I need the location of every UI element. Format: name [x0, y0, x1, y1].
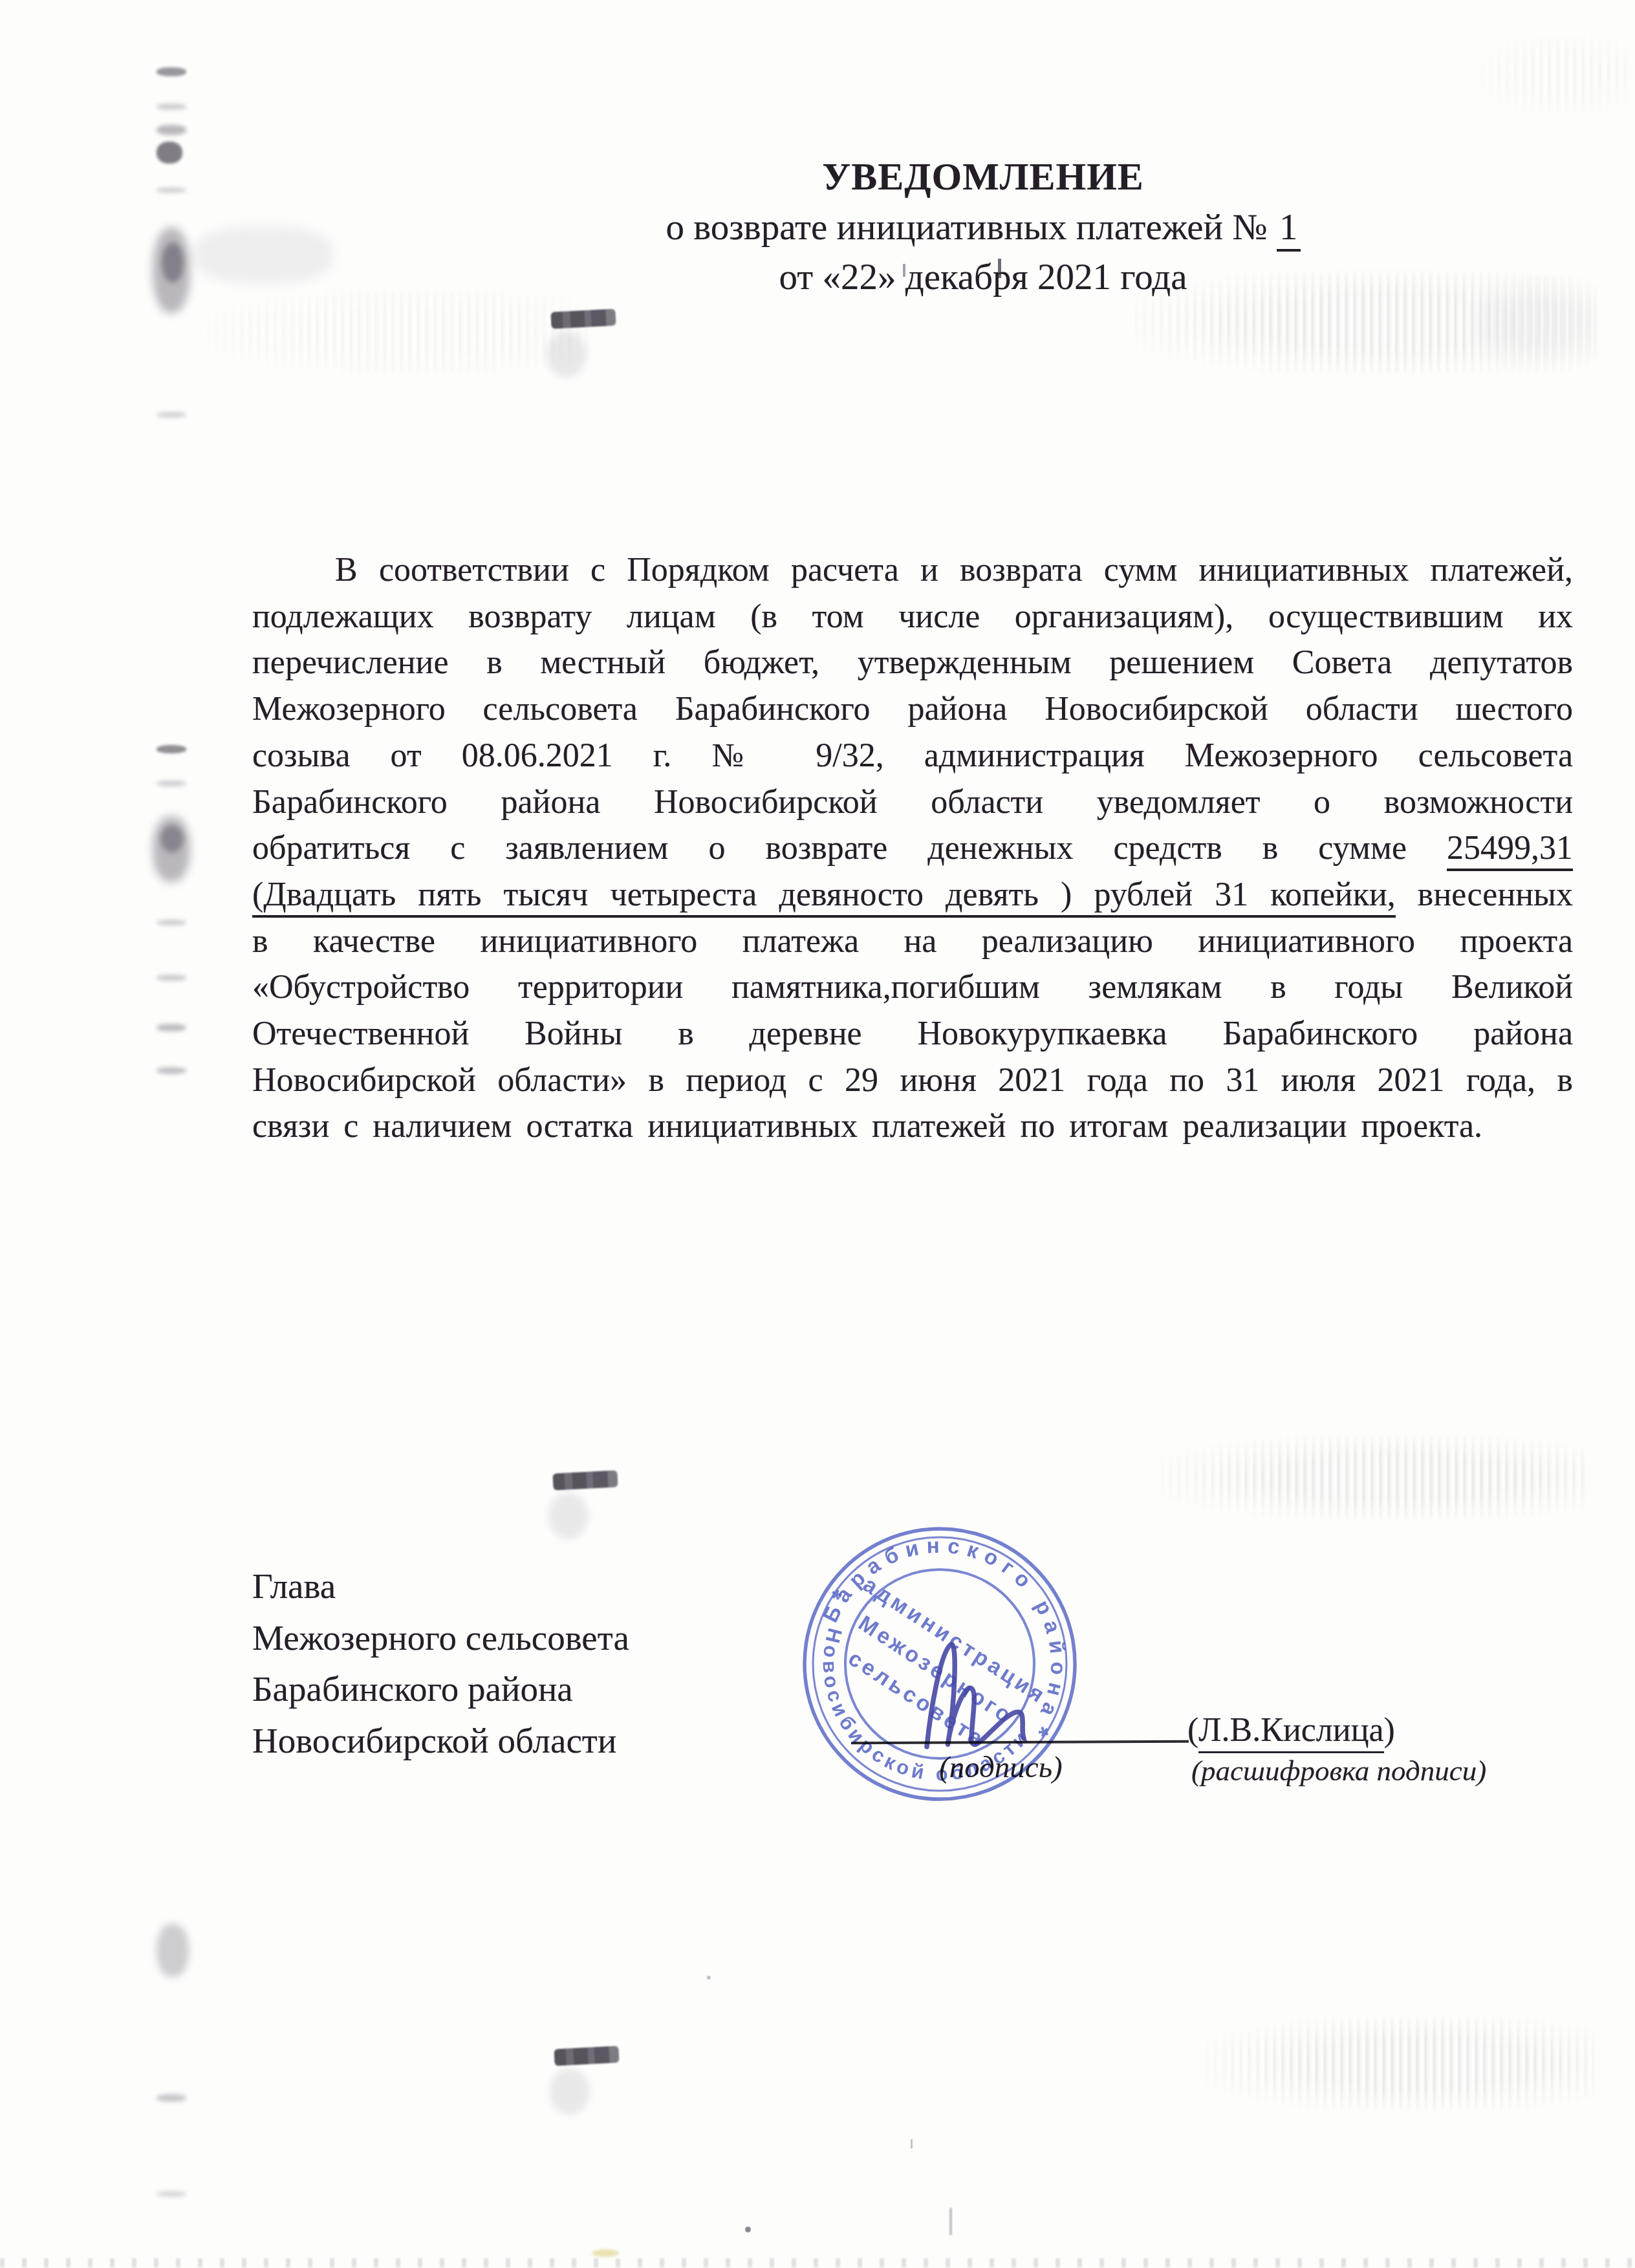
scan-artifact — [554, 2046, 619, 2066]
scan-artifact — [153, 816, 190, 882]
scan-artifact — [157, 975, 186, 981]
body-text: «Обустройство территории памятника,погиб… — [252, 969, 1573, 1006]
scan-bottom-edge — [0, 2258, 1635, 2267]
scan-artifact — [550, 308, 616, 329]
body-line: Барабинского района Новосибирской област… — [252, 779, 1573, 826]
underlined-amount-text: (Двадцать пять тысяч четыреста девяносто… — [252, 876, 1396, 918]
scan-artifact — [162, 243, 184, 283]
scan-artifact — [157, 412, 186, 418]
body-line: В соответствии с Порядком расчета и возв… — [252, 547, 1573, 594]
scan-artifact — [157, 2191, 186, 2197]
body-line: созыва от 08.06.2021 г. № 9/32, админист… — [252, 733, 1573, 779]
scan-artifact — [157, 1024, 186, 1031]
scan-artifact — [550, 2068, 590, 2115]
signatory-name-text: Л.В.Кислица — [1198, 1712, 1383, 1753]
scan-speck — [592, 2249, 619, 2257]
body-line: обратиться с заявлением о возврате денеж… — [252, 825, 1573, 872]
body-line: «Обустройство территории памятника,погиб… — [252, 964, 1573, 1011]
body-line: перечисление в местный бюджет, утвержден… — [252, 640, 1573, 686]
body-text: созыва от 08.06.2021 г. № 9/32, админист… — [252, 737, 1573, 774]
scan-artifact — [194, 226, 333, 283]
subtitle-text: о возврате инициативных платежей № — [666, 207, 1277, 248]
scan-artifact — [157, 1067, 186, 1074]
body-line: Новосибирской области» в период с 29 июн… — [252, 1057, 1573, 1104]
body-text: Межозерного сельсовета Барабинского райо… — [252, 691, 1573, 728]
letter-body: В соответствии с Порядком расчета и возв… — [252, 547, 1573, 1150]
scan-speck — [911, 2139, 913, 2148]
body-line: подлежащих возврату лицам (в том числе о… — [252, 594, 1573, 640]
scan-artifact — [548, 1493, 589, 1539]
scan-speck — [707, 1976, 711, 1980]
scan-artifact — [547, 331, 587, 378]
signature-decipher-caption: (расшифровка подписи) — [1191, 1754, 1486, 1787]
body-text: в качестве инициативного платежа на реал… — [252, 923, 1573, 960]
scan-artifact — [160, 825, 184, 852]
official-stamp: Барабинского района Новосибирской област… — [791, 1515, 1088, 1813]
scan-artifact — [157, 188, 186, 193]
signatory-title-line: Глава — [252, 1561, 629, 1612]
underlined-amount-text: 25499,31 — [1447, 830, 1573, 871]
paren-open: ( — [1187, 1712, 1198, 1749]
document-page: УВЕДОМЛЕНИЕ о возврате инициативных плат… — [0, 0, 1635, 2268]
body-text: подлежащих возврату лицам (в том числе о… — [252, 598, 1573, 635]
scan-artifact — [157, 1924, 189, 1977]
paren-close: ) — [1384, 1712, 1395, 1749]
scan-artifact — [157, 745, 186, 753]
signatory-title-block: ГлаваМежозерного сельсоветаБарабинского … — [252, 1561, 629, 1766]
body-text: Новосибирской области» в период с 29 июн… — [252, 1062, 1573, 1099]
scan-artifact — [157, 142, 182, 164]
letter-heading: УВЕДОМЛЕНИЕ о возврате инициативных плат… — [336, 151, 1630, 302]
signatory-title-line: Барабинского района — [252, 1663, 629, 1715]
document-title: УВЕДОМЛЕНИЕ — [336, 151, 1630, 202]
scan-artifact — [157, 781, 186, 786]
body-line: Отечественной Войны в деревне Новокурупк… — [252, 1011, 1573, 1057]
scan-artifact — [157, 125, 186, 135]
scan-artifact — [157, 920, 186, 925]
document-subtitle: о возврате инициативных платежей № 1 — [336, 202, 1630, 252]
body-text: обратиться с заявлением о возврате денеж… — [252, 830, 1447, 867]
body-line: в качестве инициативного платежа на реал… — [252, 918, 1573, 965]
scan-streak-band — [1481, 36, 1630, 113]
scan-artifact — [157, 2094, 186, 2102]
notification-number: 1 — [1277, 207, 1301, 252]
scan-speck — [745, 2227, 751, 2232]
body-text: внесенных — [1396, 876, 1573, 913]
scan-streak-band — [207, 290, 589, 374]
body-line: Межозерного сельсовета Барабинского райо… — [252, 686, 1573, 733]
body-line: связи с наличием остатка инициативных пл… — [252, 1103, 1573, 1150]
signatory-name: (Л.В.Кислица) — [1187, 1711, 1395, 1749]
signatory-title-line: Межозерного сельсовета — [252, 1612, 629, 1664]
scan-artifact — [552, 1470, 618, 1490]
scan-artifact — [157, 103, 186, 110]
scan-streak-band — [1161, 1436, 1588, 1520]
body-text: Барабинского района Новосибирской област… — [252, 784, 1573, 821]
body-text: связи с наличием остатка инициативных пл… — [252, 1108, 1482, 1145]
scan-speck — [949, 2208, 952, 2235]
body-text: Отечественной Войны в деревне Новокурупк… — [252, 1015, 1573, 1052]
body-text: перечисление в местный бюджет, утвержден… — [252, 644, 1573, 681]
signatory-title-line: Новосибирской области — [252, 1715, 629, 1767]
body-line: (Двадцать пять тысяч четыреста девяносто… — [252, 872, 1573, 918]
body-text: В соответствии с Порядком расчета и возв… — [335, 552, 1573, 589]
scan-artifact — [157, 67, 186, 76]
scan-streak-band — [1206, 2016, 1594, 2110]
document-date: от «22» декабря 2021 года — [336, 252, 1630, 302]
scan-artifact — [153, 228, 190, 313]
